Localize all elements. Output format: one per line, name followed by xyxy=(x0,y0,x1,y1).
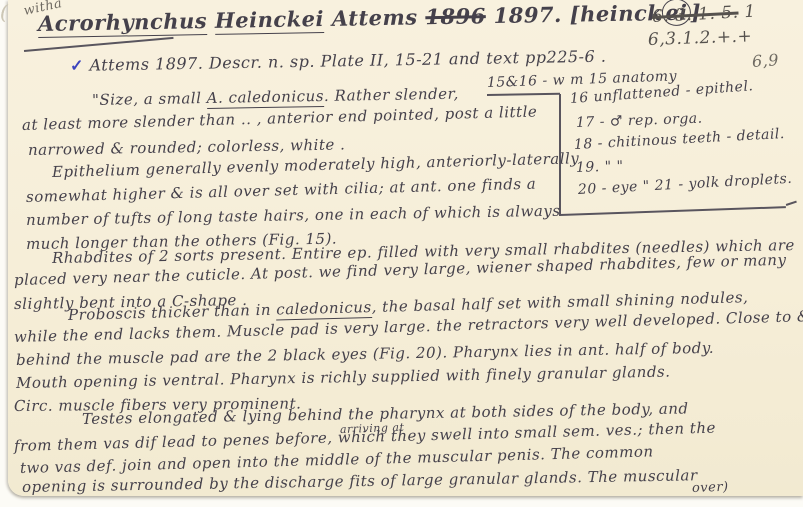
title-species: Heinckei xyxy=(215,6,325,35)
figure-list-item-19: 19. " " xyxy=(576,159,624,176)
title-bracket-word: heinck xyxy=(580,0,663,26)
title-struck-year: 1896 xyxy=(425,3,486,29)
title-genus: Acrorhynchus xyxy=(38,8,208,38)
catalog-code-struck-tail: 1 xyxy=(738,2,756,23)
catalog-code-secondary: 6,9 xyxy=(751,51,779,70)
catalog-code: 6,3.1.2.+.+ xyxy=(648,27,753,49)
title-bracket-open: [ xyxy=(569,2,580,27)
title-author: Attems xyxy=(332,4,418,30)
body-line-1-species: A. caledonicus xyxy=(207,87,325,109)
body-line-1-post: . Rather slender, xyxy=(324,85,459,105)
title-year: 1897. xyxy=(493,2,562,28)
body-line-1-pre: "Size, a small xyxy=(92,89,207,109)
check-icon: ✓ xyxy=(70,56,84,75)
scanned-card-page: ( ( witha Acrorhynchus Heinckei Attems 1… xyxy=(0,0,803,507)
body-line-11-species: caledonicus xyxy=(276,298,372,320)
over-note: over) xyxy=(692,481,729,497)
card-edge-mark: ( xyxy=(0,0,8,24)
